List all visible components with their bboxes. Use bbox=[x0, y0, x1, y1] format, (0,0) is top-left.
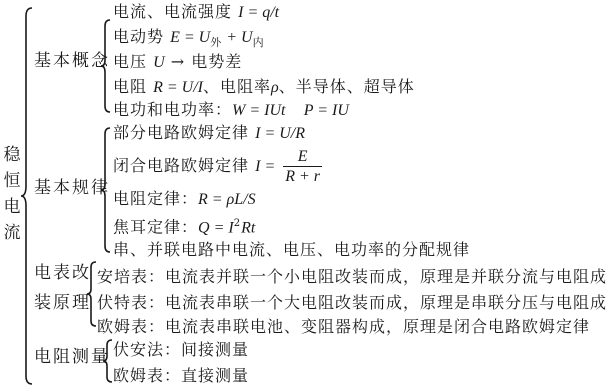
arrow-right-icon: → bbox=[165, 52, 192, 71]
section-basic-laws-title: 基本规律 bbox=[34, 177, 110, 199]
concept-voltage: 电压 U → 电势差 bbox=[113, 52, 242, 73]
measure-voltammeter: 伏安法：间接测量 bbox=[113, 340, 249, 360]
root-title: 稳 恒 电 流 bbox=[3, 142, 21, 246]
law-partial-ohm: 部分电路欧姆定律 I = U/R bbox=[113, 123, 305, 144]
meter-voltmeter: 伏特表：电流表串联一个大电阻改装而成，原理是串联分压与电阻成正比 bbox=[97, 293, 607, 313]
concept-current: 电流、电流强度 I = q/t bbox=[113, 2, 279, 23]
concept-power: 电功和电功率：W = IUt P = IU bbox=[113, 100, 349, 121]
root-brace bbox=[20, 8, 34, 384]
section-basic-concepts-title: 基本概念 bbox=[34, 50, 110, 72]
concept-resistance: 电阻 R = U/I、电阻率ρ、半导体、超导体 bbox=[113, 77, 415, 98]
root-title-char: 流 bbox=[3, 220, 21, 246]
root-title-char: 电 bbox=[3, 194, 21, 220]
root-title-char: 稳 bbox=[3, 142, 21, 168]
section-meter-conversion-title: 电表改 装原理 bbox=[34, 262, 91, 314]
section-resistance-measurement-title: 电阻测量 bbox=[34, 346, 110, 368]
law-closed-ohm: 闭合电路欧姆定律 I = ER + r bbox=[113, 147, 322, 186]
meter-ammeter: 安培表：电流表并联一个小电阻改装而成，原理是并联分流与电阻成反比 bbox=[97, 267, 607, 287]
law-joule: 焦耳定律：Q = I2Rt bbox=[113, 214, 255, 238]
measure-ohmmeter: 欧姆表：直接测量 bbox=[113, 366, 249, 386]
law-series-parallel: 串、并联电路中电流、电压、电功率的分配规律 bbox=[113, 240, 470, 260]
meter-ohmmeter: 欧姆表：电流表串联电池、变阻器构成，原理是闭合电路欧姆定律 bbox=[97, 317, 590, 337]
basic-laws-brace bbox=[100, 128, 112, 252]
root-title-char: 恒 bbox=[3, 168, 21, 194]
basic-concepts-brace bbox=[100, 20, 112, 112]
fraction: ER + r bbox=[283, 147, 322, 186]
law-resistance: 电阻定律：R = ρL/S bbox=[113, 189, 256, 210]
concept-emf: 电动势 E = U外 + U内 bbox=[113, 27, 265, 53]
